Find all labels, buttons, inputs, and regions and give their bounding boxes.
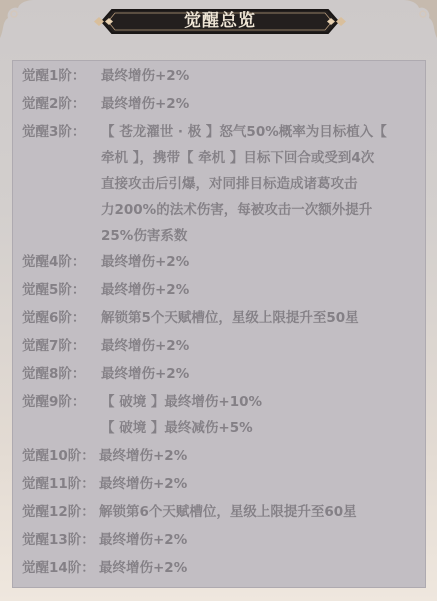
awakening-effect: 最终增伤+2% xyxy=(99,527,417,553)
effect-line: 25%伤害系数 xyxy=(101,223,419,249)
page-title: 觉醒总览 xyxy=(92,7,348,36)
awakening-effect: 最终增伤+2% xyxy=(101,333,419,359)
awakening-level-label: 觉醒7阶： xyxy=(22,333,85,359)
effect-line: 最终增伤+2% xyxy=(101,333,419,359)
effect-line: 最终增伤+2% xyxy=(99,527,417,553)
awakening-effect: 最终增伤+2% xyxy=(101,63,419,89)
awakening-effect: 【 破境 】最终增伤+10%【 破境 】最终减伤+5% xyxy=(101,389,419,441)
awakening-row: 觉醒12阶：解锁第6个天赋槽位，星级上限提升至60星 xyxy=(22,499,95,525)
awakening-effect: 最终增伤+2% xyxy=(101,361,419,387)
title-banner: 觉醒总览 xyxy=(92,7,348,36)
awakening-row: 觉醒1阶：最终增伤+2% xyxy=(22,63,85,89)
cloud-ornament-icon xyxy=(397,0,437,40)
awakening-level-label: 觉醒2阶： xyxy=(22,91,85,117)
effect-line: 最终增伤+2% xyxy=(99,443,417,469)
cloud-ornament-icon xyxy=(0,0,40,40)
awakening-effect: 最终增伤+2% xyxy=(101,277,419,303)
awakening-level-label: 觉醒3阶： xyxy=(22,119,85,145)
effect-line: 最终增伤+2% xyxy=(101,361,419,387)
awakening-effect: 解锁第5个天赋槽位，星级上限提升至50星 xyxy=(101,305,419,331)
awakening-row: 觉醒10阶：最终增伤+2% xyxy=(22,443,95,469)
awakening-row: 觉醒3阶：【 苍龙濯世 · 极 】怒气50%概率为目标植入【牵机 】，携带【 牵… xyxy=(22,119,85,145)
effect-line: 牵机 】，携带【 牵机 】目标下回合或受到4次 xyxy=(101,145,419,171)
effect-line: 最终增伤+2% xyxy=(99,555,417,581)
awakening-level-label: 觉醒1阶： xyxy=(22,63,85,89)
effect-line: 直接攻击后引爆，对同排目标造成诸葛攻击 xyxy=(101,171,419,197)
awakening-effect: 最终增伤+2% xyxy=(99,471,417,497)
effect-line: 【 破境 】最终增伤+10% xyxy=(101,389,419,415)
awakening-level-label: 觉醒12阶： xyxy=(22,499,95,525)
awakening-list-panel: 觉醒1阶：最终增伤+2%觉醒2阶：最终增伤+2%觉醒3阶：【 苍龙濯世 · 极 … xyxy=(12,60,426,588)
effect-line: 【 苍龙濯世 · 极 】怒气50%概率为目标植入【 xyxy=(101,119,419,145)
awakening-row: 觉醒7阶：最终增伤+2% xyxy=(22,333,85,359)
awakening-effect: 解锁第6个天赋槽位，星级上限提升至60星 xyxy=(99,499,417,525)
awakening-row: 觉醒11阶：最终增伤+2% xyxy=(22,471,95,497)
awakening-row: 觉醒8阶：最终增伤+2% xyxy=(22,361,85,387)
awakening-row: 觉醒13阶：最终增伤+2% xyxy=(22,527,95,553)
awakening-effect: 最终增伤+2% xyxy=(101,91,419,117)
effect-line: 解锁第6个天赋槽位，星级上限提升至60星 xyxy=(99,499,417,525)
effect-line: 最终增伤+2% xyxy=(101,249,419,275)
effect-line: 最终增伤+2% xyxy=(101,63,419,89)
awakening-level-label: 觉醒10阶： xyxy=(22,443,95,469)
awakening-row: 觉醒4阶：最终增伤+2% xyxy=(22,249,85,275)
effect-line: 解锁第5个天赋槽位，星级上限提升至50星 xyxy=(101,305,419,331)
awakening-level-label: 觉醒13阶： xyxy=(22,527,95,553)
effect-line: 【 破境 】最终减伤+5% xyxy=(101,415,419,441)
awakening-level-label: 觉醒6阶： xyxy=(22,305,85,331)
awakening-level-label: 觉醒11阶： xyxy=(22,471,95,497)
awakening-effect: 最终增伤+2% xyxy=(99,443,417,469)
awakening-row: 觉醒6阶：解锁第5个天赋槽位，星级上限提升至50星 xyxy=(22,305,85,331)
awakening-row: 觉醒9阶：【 破境 】最终增伤+10%【 破境 】最终减伤+5% xyxy=(22,389,85,415)
effect-line: 最终增伤+2% xyxy=(101,277,419,303)
awakening-effect: 最终增伤+2% xyxy=(99,555,417,581)
awakening-row: 觉醒5阶：最终增伤+2% xyxy=(22,277,85,303)
awakening-level-label: 觉醒9阶： xyxy=(22,389,85,415)
awakening-row: 觉醒14阶：最终增伤+2% xyxy=(22,555,95,581)
effect-line: 最终增伤+2% xyxy=(101,91,419,117)
awakening-effect: 【 苍龙濯世 · 极 】怒气50%概率为目标植入【牵机 】，携带【 牵机 】目标… xyxy=(101,119,419,249)
awakening-row: 觉醒2阶：最终增伤+2% xyxy=(22,91,85,117)
effect-line: 力200%的法术伤害，每被攻击一次额外提升 xyxy=(101,197,419,223)
awakening-level-label: 觉醒4阶： xyxy=(22,249,85,275)
awakening-level-label: 觉醒5阶： xyxy=(22,277,85,303)
awakening-effect: 最终增伤+2% xyxy=(101,249,419,275)
effect-line: 最终增伤+2% xyxy=(99,471,417,497)
awakening-level-label: 觉醒14阶： xyxy=(22,555,95,581)
awakening-level-label: 觉醒8阶： xyxy=(22,361,85,387)
